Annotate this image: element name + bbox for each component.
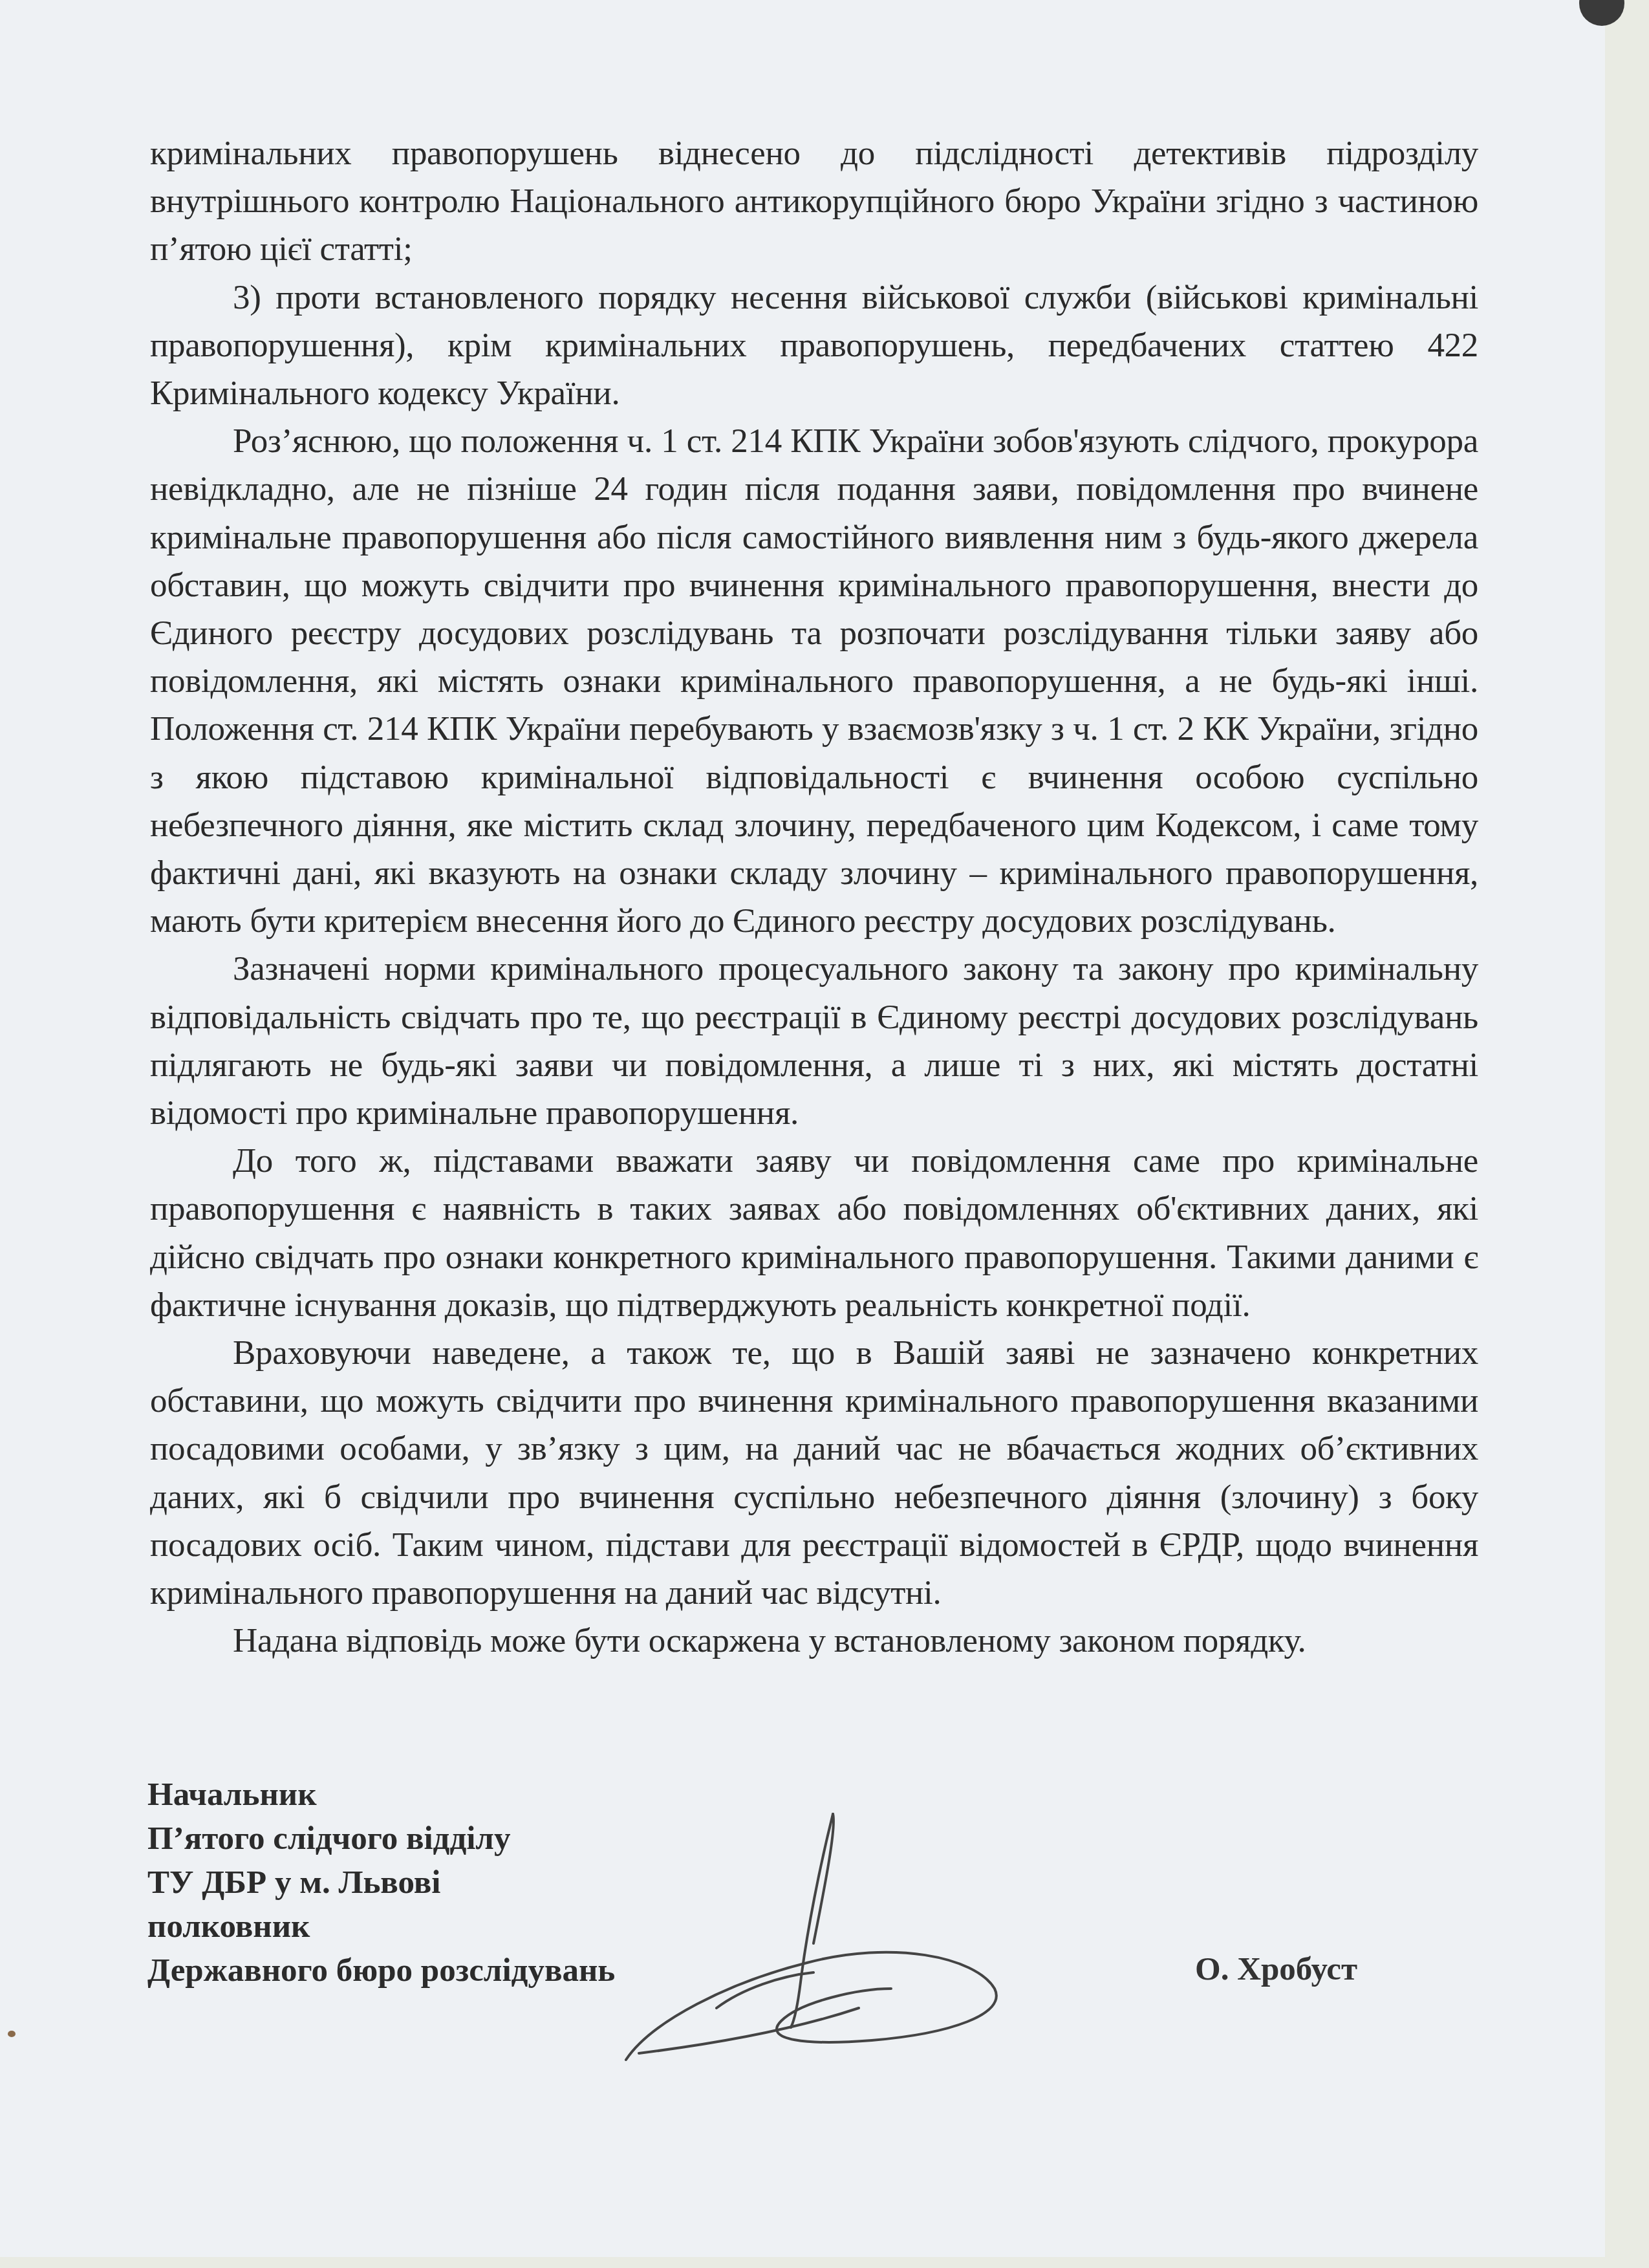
handwritten-signature-icon	[613, 1775, 1195, 2073]
scan-speck	[8, 2031, 16, 2037]
signatory-rank: полковник	[147, 1907, 310, 1946]
paragraph-grounds: До того ж, підставами вважати заяву чи п…	[150, 1137, 1478, 1329]
document-page: кримінальних правопорушень віднесено до …	[0, 0, 1605, 2257]
letter-body: кримінальних правопорушень віднесено до …	[150, 129, 1478, 1665]
signatory-agency: Державного бюро розслідувань	[147, 1951, 615, 1990]
signature-block: Начальник П’ятого слідчого відділу ТУ ДБ…	[147, 1775, 1505, 2034]
paragraph-continuation: кримінальних правопорушень віднесено до …	[150, 129, 1478, 274]
signatory-office: ТУ ДБР у м. Львові	[147, 1863, 441, 1902]
scan-corner-shadow	[1579, 0, 1624, 26]
paragraph-conclusion: Враховуючи наведене, а також те, що в Ва…	[150, 1329, 1478, 1617]
paragraph-explanation-art-214: Роз’яснюю, що положення ч. 1 ст. 214 КПК…	[150, 417, 1478, 945]
signatory-name: О. Хробуст	[1195, 1950, 1357, 1989]
paragraph-item-3: 3) проти встановленого порядку несення в…	[150, 274, 1478, 418]
signatory-position: Начальник	[147, 1775, 317, 1814]
paragraph-norms: Зазначені норми кримінального процесуаль…	[150, 945, 1478, 1137]
paragraph-appeal-notice: Надана відповідь може бути оскаржена у в…	[150, 1617, 1478, 1665]
signatory-department: П’ятого слідчого відділу	[147, 1819, 510, 1858]
